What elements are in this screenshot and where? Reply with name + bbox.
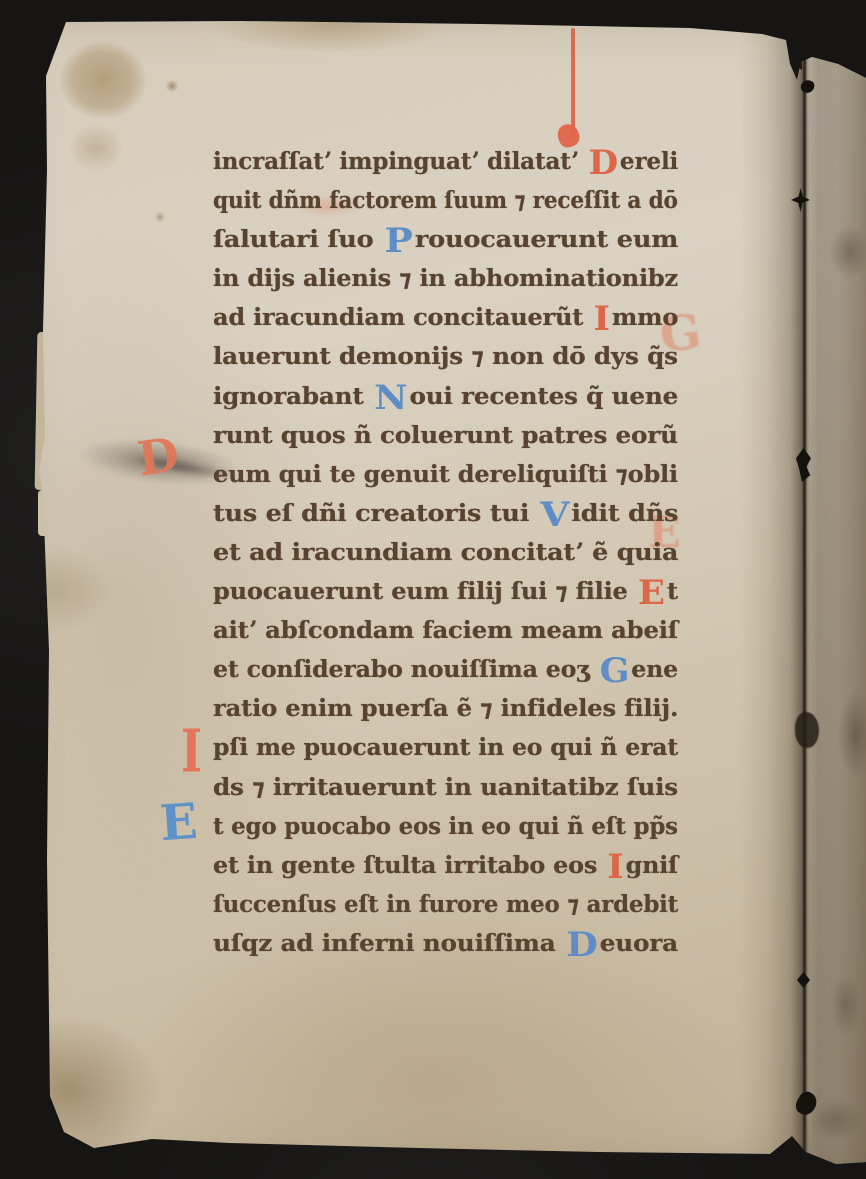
script-text: rouocauerunt eum [415,226,678,253]
sewing-hole [793,56,802,70]
text-line: ignorabant Noui recentes q̃ uene [213,377,678,416]
script-text: puocauerunt eum filij ſui ⁊ filie [213,578,636,605]
margin-initial-blue-E: E [158,797,199,848]
text-line: ſuccenſus eſt in furore meo ⁊ ardebit [213,885,678,924]
sewing-station [795,712,819,748]
script-text: t ego puocabo eos in eo qui ñ eſt pp̃s [213,813,678,840]
rubric-initial: D [586,143,619,183]
text-line-content: aitʼ abſcondam faciem meam abeiſ [213,611,678,652]
script-text: mmo [612,304,678,331]
script-text: ratio enim puerſa ẽ ⁊ infideles filij. [213,695,678,722]
text-line: aitʼ abſcondam faciem meam abeiſ [213,611,678,650]
rubric-initial: E [636,573,667,613]
text-line: ſalutari ſuo Prouocauerunt eum [213,220,678,259]
text-line-content: ds ⁊ irritauerunt in uanitatibz ſuis [213,768,678,809]
script-text: ereli [620,148,678,175]
text-line: puocauerunt eum filij ſui ⁊ filie Et [213,572,678,611]
manuscript-photo: G E D I E incraſſatʼ impinguatʼ dilatatʼ… [0,0,866,1179]
script-text: ignorabant [213,383,372,410]
script-text: runt quos ñ coluerunt patres eorũ [213,422,678,449]
text-line: ratio enim puerſa ẽ ⁊ infideles filij. [213,689,678,728]
script-text: tus eſ dñi creatoris tui [213,500,538,527]
text-line-content: et conſiderabo nouiſſima eoʒ Gene [213,650,678,691]
text-line-content: incraſſatʼ impinguatʼ dilatatʼ Dereli [213,142,678,183]
margin-initial-red-D: D [135,431,182,483]
initial-ascender-flourish [571,28,575,140]
text-line: et ad iracundiam concitatʼ ẽ quia [213,533,678,572]
illuminated-initial: D [564,925,600,965]
text-line-content: runt quos ñ coluerunt patres eorũ [213,416,678,457]
text-line-content: pſi me puocauerunt in eo qui ñ erat [213,728,678,769]
text-line: lauerunt demonijs ⁊ non dō dys q̃s [213,337,678,376]
text-line: et conſiderabo nouiſſima eoʒ Gene [213,650,678,689]
manuscript-page: G E D I E incraſſatʼ impinguatʼ dilatatʼ… [0,0,866,1179]
text-line: incraſſatʼ impinguatʼ dilatatʼ Dereli [213,142,678,181]
text-line-content: t ego puocabo eos in eo qui ñ eſt pp̃s [213,807,678,848]
script-text: et in gente ſtulta irritabo eos [213,852,605,879]
photo-background: { "photo": { "background_color": "#16151… [0,0,866,1179]
text-line-content: quit dñm factorem ſuum ⁊ receſſit a dō [213,181,678,222]
script-text: oui recentes q̃ uene [409,383,678,410]
text-block: incraſſatʼ impinguatʼ dilatatʼ Dereliqui… [213,142,678,963]
text-line-content: lauerunt demonijs ⁊ non dō dys q̃s [213,337,678,378]
script-text: quit dñm factorem ſuum ⁊ receſſit a dō [213,187,678,214]
script-text: t [667,578,678,605]
script-text: idit dñs [571,500,678,527]
text-line-content: in dijs alienis ⁊ in abhominationibz [213,259,678,300]
text-line: uſqz ad inferni nouiſſima Deuora [213,924,678,963]
script-text: uſqz ad inferni nouiſſima [213,930,564,957]
script-text: eum qui te genuit dereliquiſti ⁊obli [213,461,678,488]
rubric-initial: I [591,299,612,339]
script-text: lauerunt demonijs ⁊ non dō dys q̃s [213,343,678,370]
script-text: ds ⁊ irritauerunt in uanitatibz ſuis [213,774,678,801]
text-line: in dijs alienis ⁊ in abhominationibz [213,259,678,298]
text-line: quit dñm factorem ſuum ⁊ receſſit a dō [213,181,678,220]
text-line-content: et ad iracundiam concitatʼ ẽ quia [213,533,678,574]
text-line-content: tus eſ dñi creatoris tui Vidit dñs [213,494,678,535]
script-text: ad iracundiam concitauerũt [213,304,591,331]
text-line: runt quos ñ coluerunt patres eorũ [213,416,678,455]
script-text: ſalutari ſuo [213,226,382,253]
script-text: ſuccenſus eſt in furore meo ⁊ ardebit [213,891,678,918]
text-line-content: puocauerunt eum filij ſui ⁊ filie Et [213,572,678,613]
script-text: ene [631,656,678,683]
text-line-content: eum qui te genuit dereliquiſti ⁊obli [213,455,678,496]
text-line: eum qui te genuit dereliquiſti ⁊obli [213,455,678,494]
margin-initial-red-I: I [181,722,202,781]
illuminated-initial: N [372,378,409,418]
script-text: aitʼ abſcondam faciem meam abeiſ [213,617,678,644]
script-text: gniſ [626,852,679,879]
text-line: ds ⁊ irritauerunt in uanitatibz ſuis [213,768,678,807]
text-line-content: uſqz ad inferni nouiſſima Deuora [213,924,678,965]
text-line-content: ad iracundiam concitauerũt Immo [213,298,678,339]
text-line: tus eſ dñi creatoris tui Vidit dñs [213,494,678,533]
text-line-content: ignorabant Noui recentes q̃ uene [213,377,678,418]
illuminated-initial: P [382,221,415,261]
script-text: et conſiderabo nouiſſima eoʒ [213,656,598,683]
illuminated-initial: V [538,495,571,535]
script-text: in dijs alienis ⁊ in abhominationibz [213,265,678,292]
text-line-content: ſalutari ſuo Prouocauerunt eum [213,220,678,261]
text-line: pſi me puocauerunt in eo qui ñ erat [213,728,678,767]
script-text: et ad iracundiam concitatʼ ẽ quia [213,539,678,566]
text-line-content: ratio enim puerſa ẽ ⁊ infideles filij. [213,689,678,730]
text-line-content: et in gente ſtulta irritabo eos Igniſ [213,846,678,887]
spine-fold-crease [803,0,806,1179]
illuminated-initial: G [598,651,632,691]
script-text: pſi me puocauerunt in eo qui ñ erat [213,734,678,761]
conjoint-leaf [806,0,866,1179]
text-line: et in gente ſtulta irritabo eos Igniſ [213,846,678,885]
text-line-content: ſuccenſus eſt in furore meo ⁊ ardebit [213,885,678,926]
text-line: ad iracundiam concitauerũt Immo [213,298,678,337]
script-text: incraſſatʼ impinguatʼ dilatatʼ [213,148,586,175]
rubric-initial: I [605,847,625,887]
text-line: t ego puocabo eos in eo qui ñ eſt pp̃s [213,807,678,846]
script-text: euora [600,930,678,957]
